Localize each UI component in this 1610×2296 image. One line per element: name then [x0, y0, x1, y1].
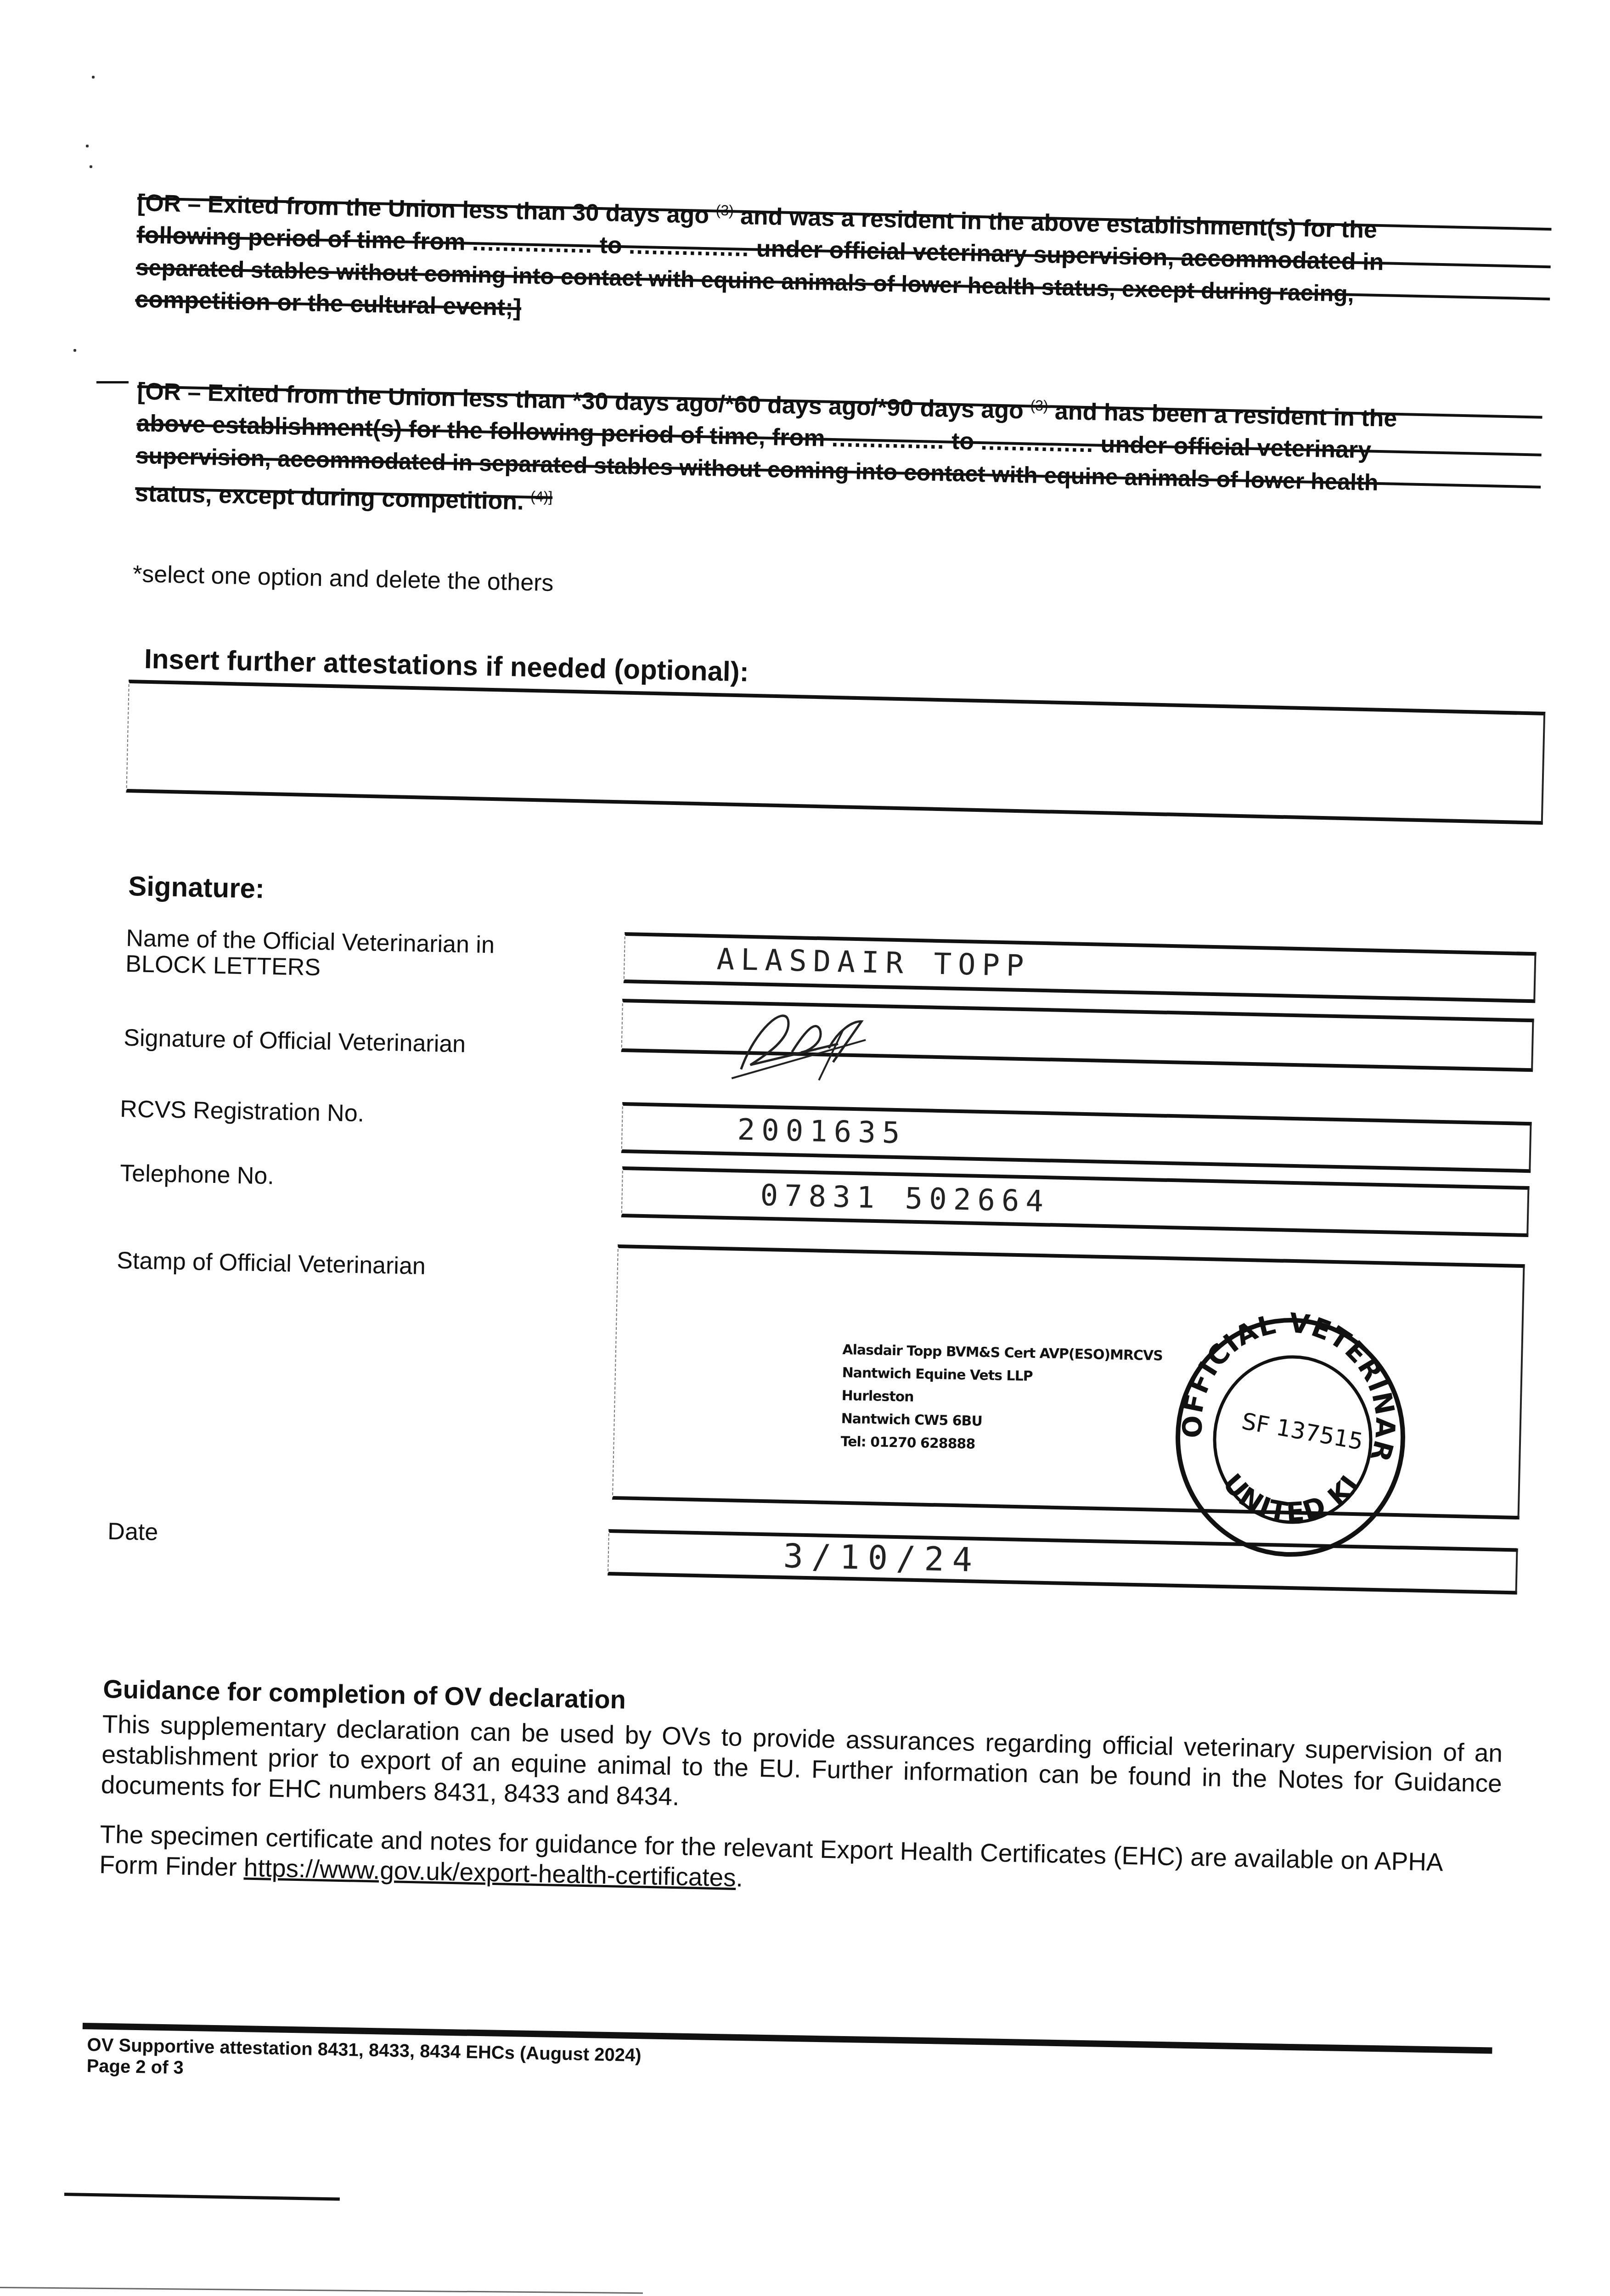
rcvs-registration-label: RCVS Registration No. — [120, 1095, 365, 1127]
rcvs-registration-field[interactable]: 2001635 — [621, 1102, 1532, 1173]
scan-speck — [92, 76, 95, 79]
scanned-page: [OR – Exited from the Union less than 30… — [0, 0, 1610, 2296]
ov-name-value: ALASDAIR TOPP — [716, 942, 1030, 983]
ov-signature-field[interactable] — [621, 999, 1534, 1072]
scan-speck — [86, 145, 89, 147]
margin-dash — [96, 381, 129, 383]
signature-heading: Signature: — [128, 870, 265, 905]
scan-edge-line — [0, 2287, 643, 2294]
margin-line — [64, 2193, 340, 2200]
ov-signature-label: Signature of Official Veterinarian — [124, 1024, 466, 1058]
scan-speck — [73, 349, 76, 352]
page-footer: OV Supportive attestation 8431, 8433, 84… — [86, 2034, 642, 2087]
stamp-label: Stamp of Official Veterinarian — [117, 1247, 426, 1280]
scan-speck — [90, 165, 92, 168]
attestation-option-30-days: [OR – Exited from the Union less than 30… — [135, 181, 1552, 346]
footer-page-number: Page 2 of 3 — [86, 2056, 184, 2078]
guidance-paragraph: The specimen certificate and notes for g… — [99, 1819, 1501, 1909]
telephone-label: Telephone No. — [120, 1159, 274, 1190]
date-value: 3/10/24 — [783, 1536, 981, 1579]
stamp-address: Alasdair Topp BVM&S Cert AVP(ESO)MRCVS N… — [840, 1339, 1163, 1459]
ov-name-field[interactable]: ALASDAIR TOPP — [624, 932, 1537, 1003]
handwritten-signature-icon — [713, 1000, 945, 1087]
telephone-field[interactable]: 07831 502664 — [621, 1166, 1530, 1237]
ov-name-label: Name of the Official Veterinarian in BLO… — [125, 925, 495, 984]
svg-text:SF 137515: SF 137515 — [1240, 1408, 1365, 1456]
further-attestations-field[interactable] — [126, 680, 1545, 825]
select-option-note: *select one option and delete the others — [132, 558, 554, 599]
date-label: Date — [107, 1518, 158, 1546]
guidance-section: Guidance for completion of OV declaratio… — [99, 1674, 1504, 1909]
rcvs-registration-value: 2001635 — [737, 1113, 906, 1150]
attestation-option-multi-days: [OR – Exited from the Union less than *3… — [135, 370, 1542, 540]
official-veterinarian-seal: OFFICIAL VETERINARIAN UNITED KINGDOM SF … — [1162, 1300, 1419, 1575]
telephone-value: 07831 502664 — [760, 1179, 1050, 1219]
further-attestations-heading: Insert further attestations if needed (o… — [144, 643, 749, 688]
